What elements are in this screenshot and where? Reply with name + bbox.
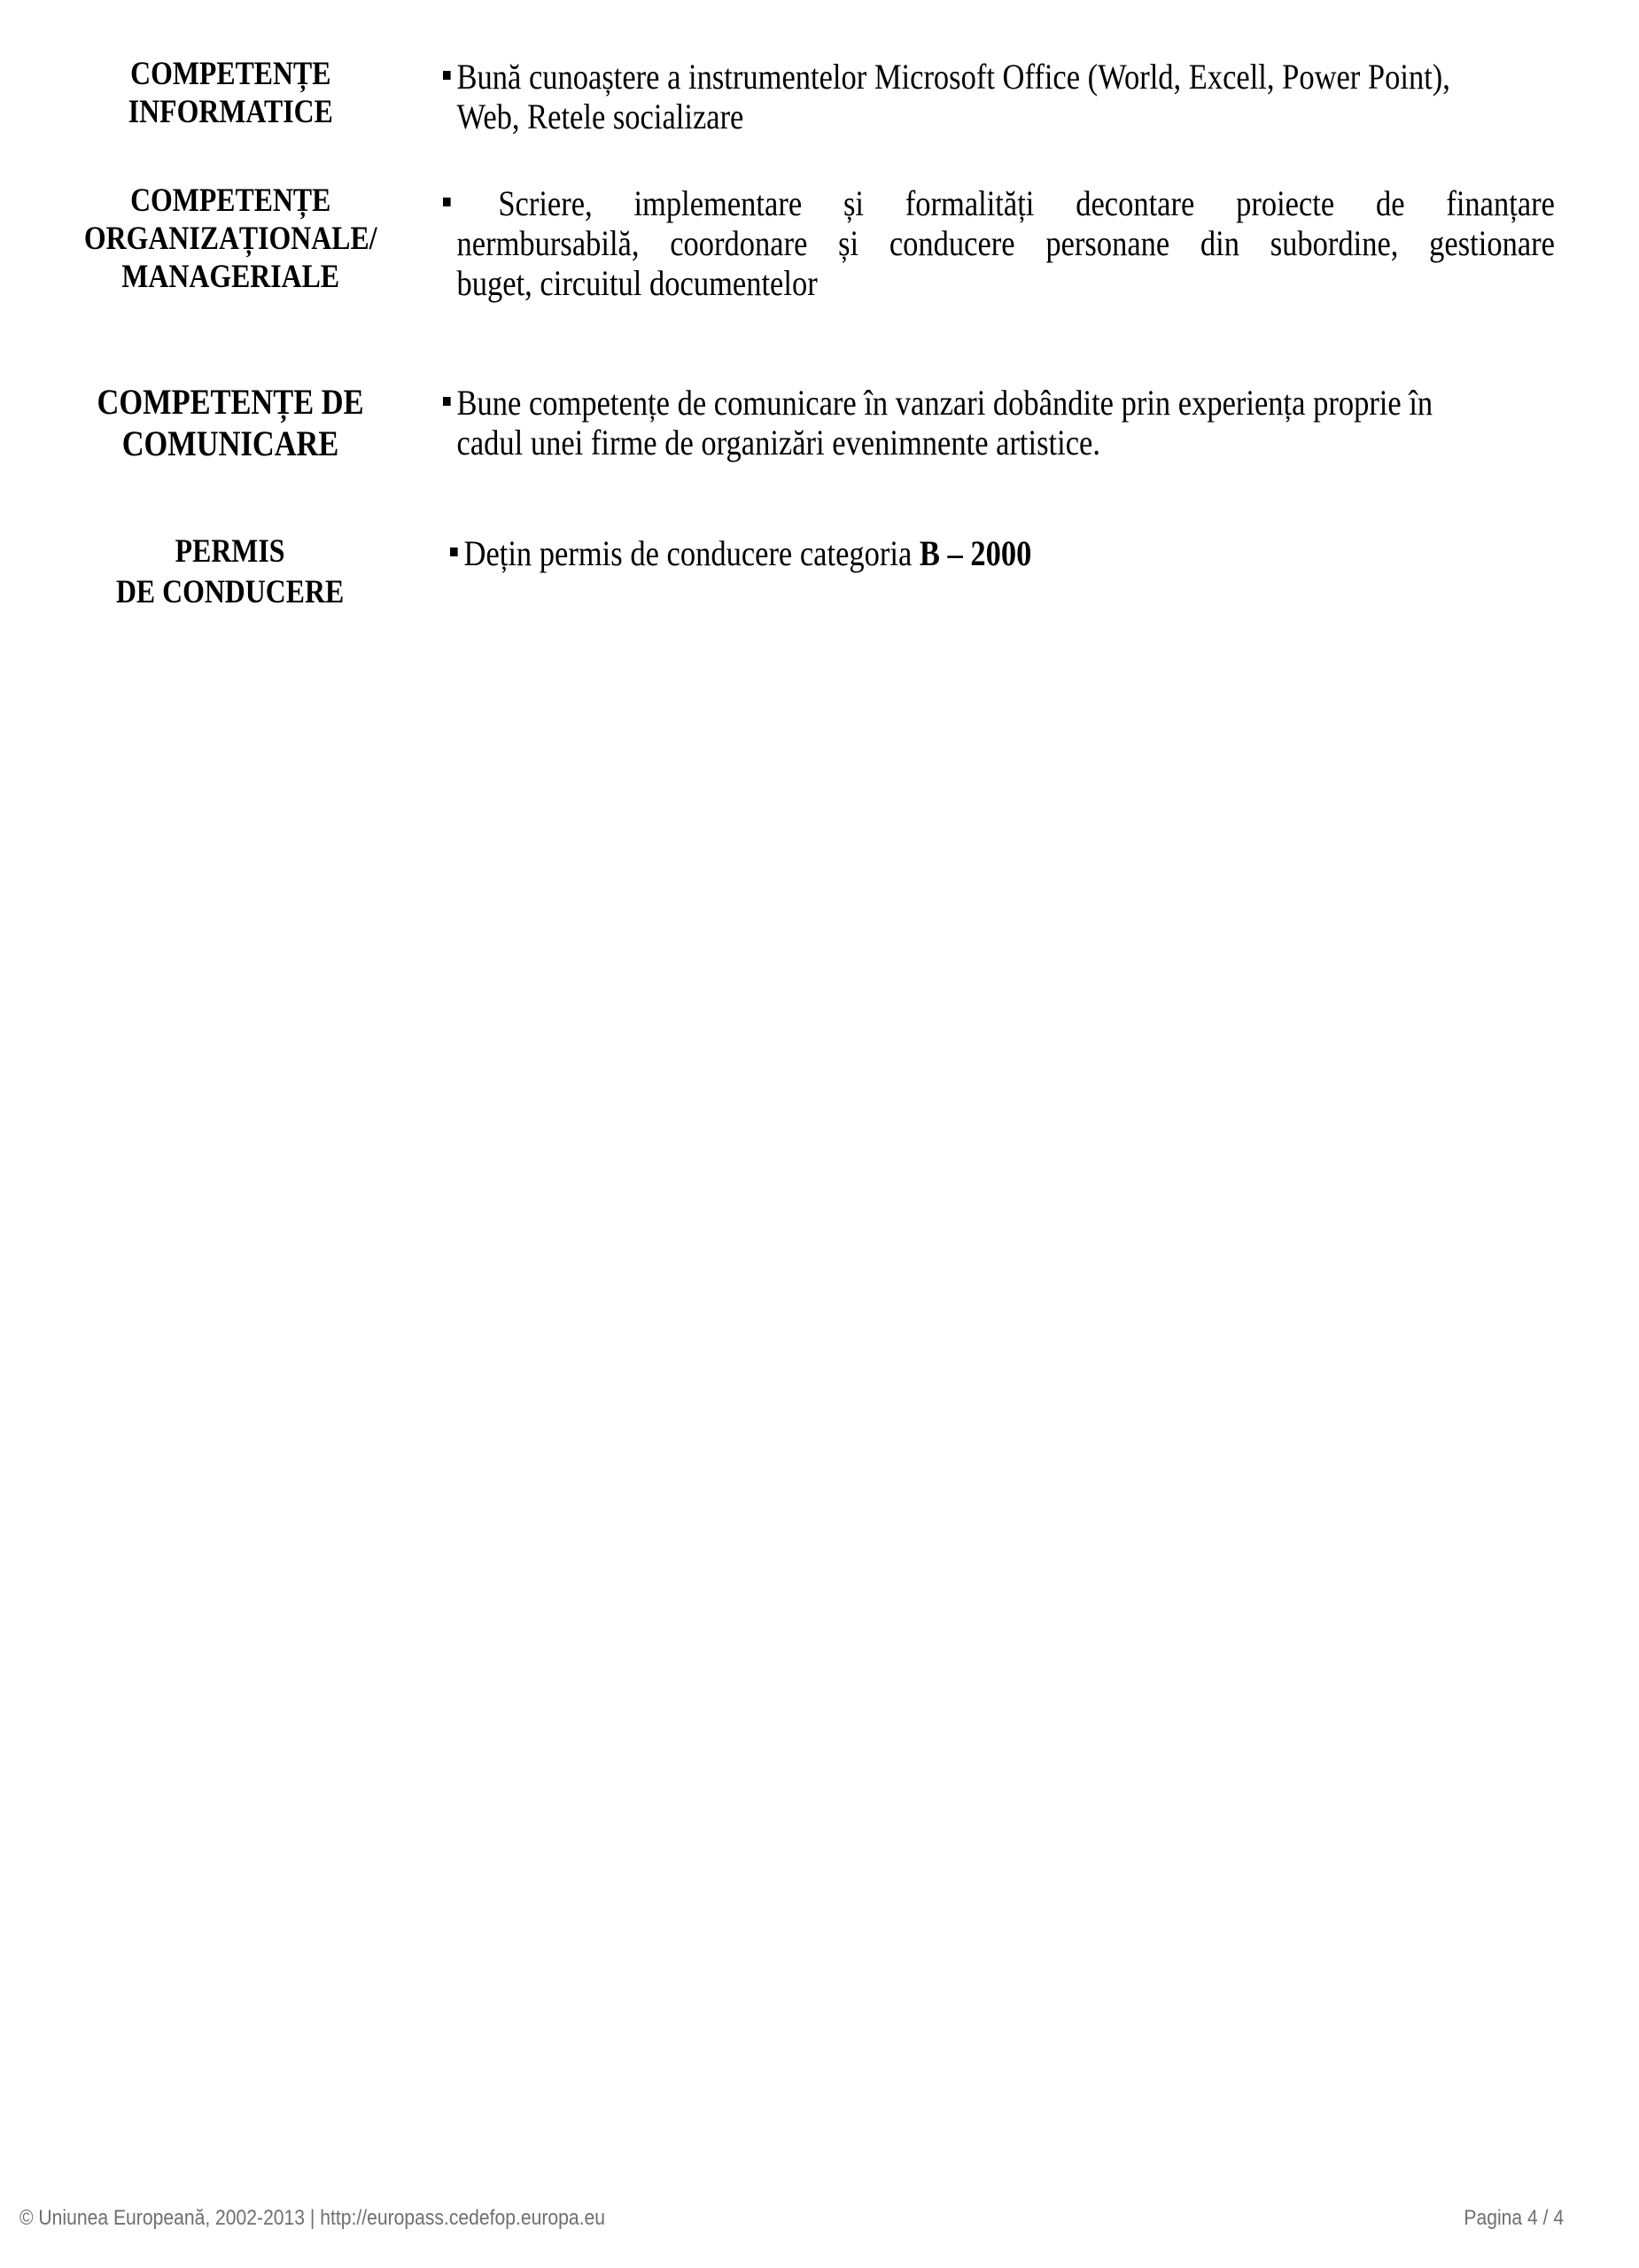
bullet-icon xyxy=(450,548,458,556)
content-line: nermbursabilă, coordonare și conducere p… xyxy=(457,223,1555,263)
content-line: Web, Retele socializare xyxy=(457,97,744,136)
page-number-text: Pagina 4 / 4 xyxy=(1464,2206,1564,2231)
content-line: Dețin permis de conducere categoria xyxy=(464,533,920,573)
bullet-icon xyxy=(443,397,451,406)
label-line: ORGANIZAȚIONALE/ xyxy=(84,221,377,257)
section-label: PERMIS DE CONDUCERE xyxy=(53,532,408,613)
section-content: Bună cunoaștere a instrumentelor Microso… xyxy=(443,57,1555,136)
label-line: MANAGERIALE xyxy=(121,259,339,295)
section-content: Bune competențe de comunicare în vanzari… xyxy=(443,383,1555,462)
content-line: Bune competențe de comunicare în vanzari… xyxy=(457,383,1433,423)
content-line: Scriere, implementare și formalități dec… xyxy=(498,183,1555,223)
license-category: B – 2000 xyxy=(920,533,1032,573)
label-line: PERMIS xyxy=(175,533,285,570)
content-line: cadul unei firme de organizări evenimnen… xyxy=(457,423,1100,462)
label-line: COMUNICARE xyxy=(122,423,339,463)
label-line: COMPETENȚE xyxy=(130,183,330,219)
label-line: INFORMATICE xyxy=(128,94,333,130)
section-label: COMPETENȚE ORGANIZAȚIONALE/ MANAGERIALE xyxy=(53,182,408,296)
footer-page-number: Pagina 4 / 4 xyxy=(1450,2206,1564,2231)
content-line: Bună cunoaștere a instrumentelor Microso… xyxy=(457,57,1450,97)
content-line: buget, circuitul documentelor xyxy=(457,263,818,303)
label-line: COMPETENȚE DE xyxy=(97,382,363,422)
label-line: DE CONDUCERE xyxy=(116,574,344,610)
section-label: COMPETENȚE DE COMUNICARE xyxy=(53,381,408,464)
bullet-icon xyxy=(443,71,451,80)
section-content: Dețin permis de conducere categoria B – … xyxy=(450,533,1562,573)
label-line: COMPETENȚE xyxy=(130,56,330,92)
footer-copyright: © Uniunea Europeană, 2002-2013 | http://… xyxy=(19,2206,685,2231)
copyright-text: © Uniunea Europeană, 2002-2013 | http://… xyxy=(19,2206,605,2231)
section-content: Scriere, implementare și formalități dec… xyxy=(443,183,1555,303)
bullet-icon xyxy=(443,198,451,206)
section-label: COMPETENȚE INFORMATICE xyxy=(53,55,408,131)
